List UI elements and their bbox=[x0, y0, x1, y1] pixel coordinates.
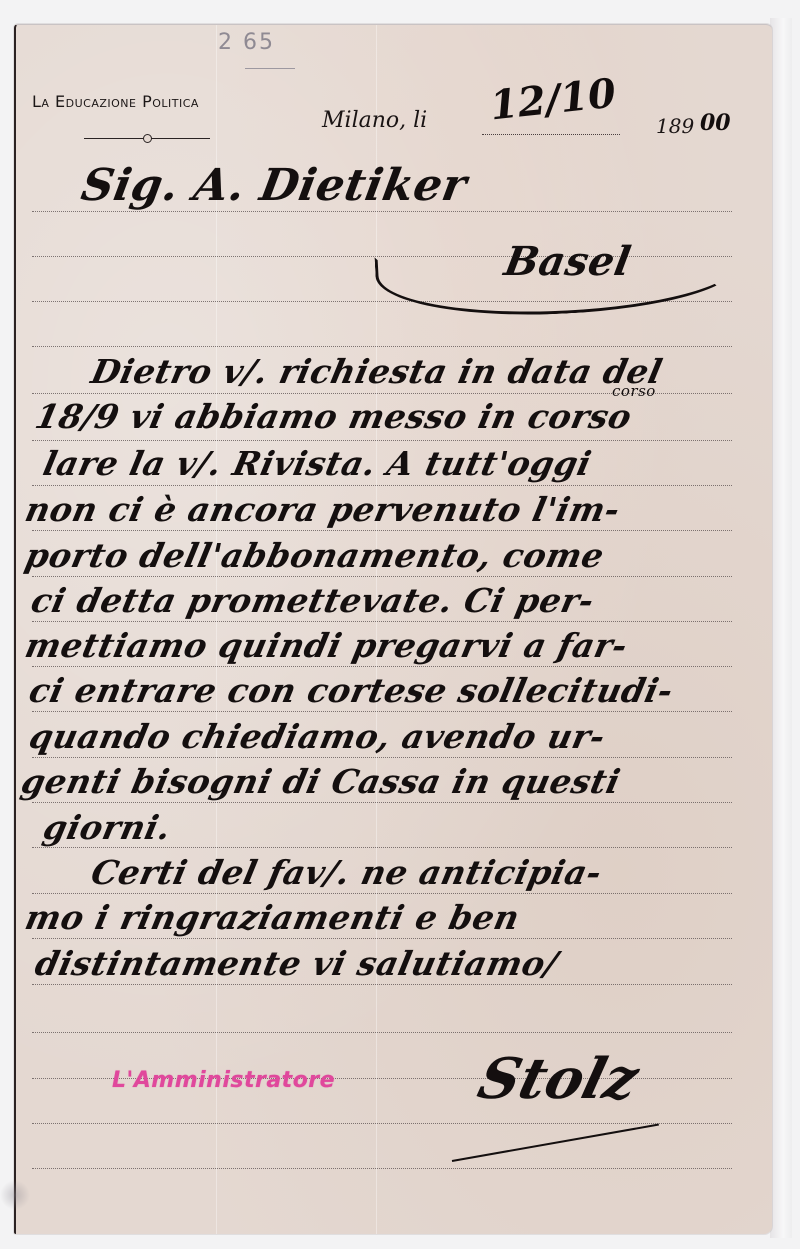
body-line: porto dell'abbonamento, come bbox=[22, 536, 608, 575]
recipient-city: Basel bbox=[501, 238, 635, 285]
ruled-line bbox=[32, 938, 732, 939]
ruled-line bbox=[32, 802, 732, 803]
ruled-line bbox=[32, 1032, 732, 1033]
body-line: Certi del fav/. ne anticipia- bbox=[88, 853, 606, 892]
ruled-line bbox=[32, 666, 732, 667]
ruled-line bbox=[32, 346, 732, 347]
body-line: genti bisogni di Cassa in questi bbox=[18, 762, 624, 801]
letterhead-ornament-circle bbox=[143, 134, 152, 143]
body-line: distintamente vi salutiamo/ bbox=[32, 944, 562, 983]
scan-background-edge bbox=[770, 18, 792, 1238]
body-line: giorni. bbox=[40, 808, 175, 847]
ruled-line bbox=[32, 1123, 732, 1124]
body-line: 18/9 vi abbiamo messo in corso bbox=[32, 397, 635, 436]
ruled-line bbox=[32, 984, 732, 985]
recipient-name: Sig. A. Dietiker bbox=[78, 160, 471, 211]
archive-pencil-note: 2 65 bbox=[218, 30, 275, 55]
body-line: Dietro v/. richiesta in data del bbox=[88, 352, 666, 391]
dateline-dotted-field bbox=[482, 134, 620, 135]
dateline-place: Milano, li bbox=[322, 108, 427, 133]
body-line: lare la v/. Rivista. A tutt'oggi bbox=[40, 444, 595, 483]
dateline-year-prefix: 189 bbox=[656, 114, 694, 138]
body-line: mettiamo quindi pregarvi a far- bbox=[22, 626, 631, 665]
signature: Stolz bbox=[472, 1046, 645, 1112]
ruled-line bbox=[32, 440, 732, 441]
ruled-line bbox=[32, 576, 732, 577]
letterhead-title: La Educazione Politica bbox=[32, 92, 199, 111]
ruled-line bbox=[32, 711, 732, 712]
body-line: non ci è ancora pervenuto l'im- bbox=[22, 490, 624, 529]
ruled-line bbox=[32, 530, 732, 531]
paper-smudge bbox=[0, 1180, 30, 1210]
ruled-line bbox=[32, 211, 732, 212]
body-line: quando chiediamo, avendo ur- bbox=[26, 717, 609, 756]
administrator-stamp: L'Amministratore bbox=[112, 1068, 335, 1093]
ruled-line bbox=[32, 621, 732, 622]
body-line: ci detta promettevate. Ci per- bbox=[28, 581, 598, 620]
ruled-line bbox=[32, 1168, 732, 1169]
ruled-line bbox=[32, 847, 732, 848]
archive-note-underline bbox=[245, 68, 295, 69]
body-line: mo i ringraziamenti e ben bbox=[22, 898, 523, 937]
ruled-line bbox=[32, 757, 732, 758]
body-line: ci entrare con cortese sollecitudi- bbox=[26, 671, 677, 710]
ruled-line bbox=[32, 893, 732, 894]
ruled-line bbox=[32, 485, 732, 486]
dateline-year-suffix: 00 bbox=[700, 110, 731, 136]
